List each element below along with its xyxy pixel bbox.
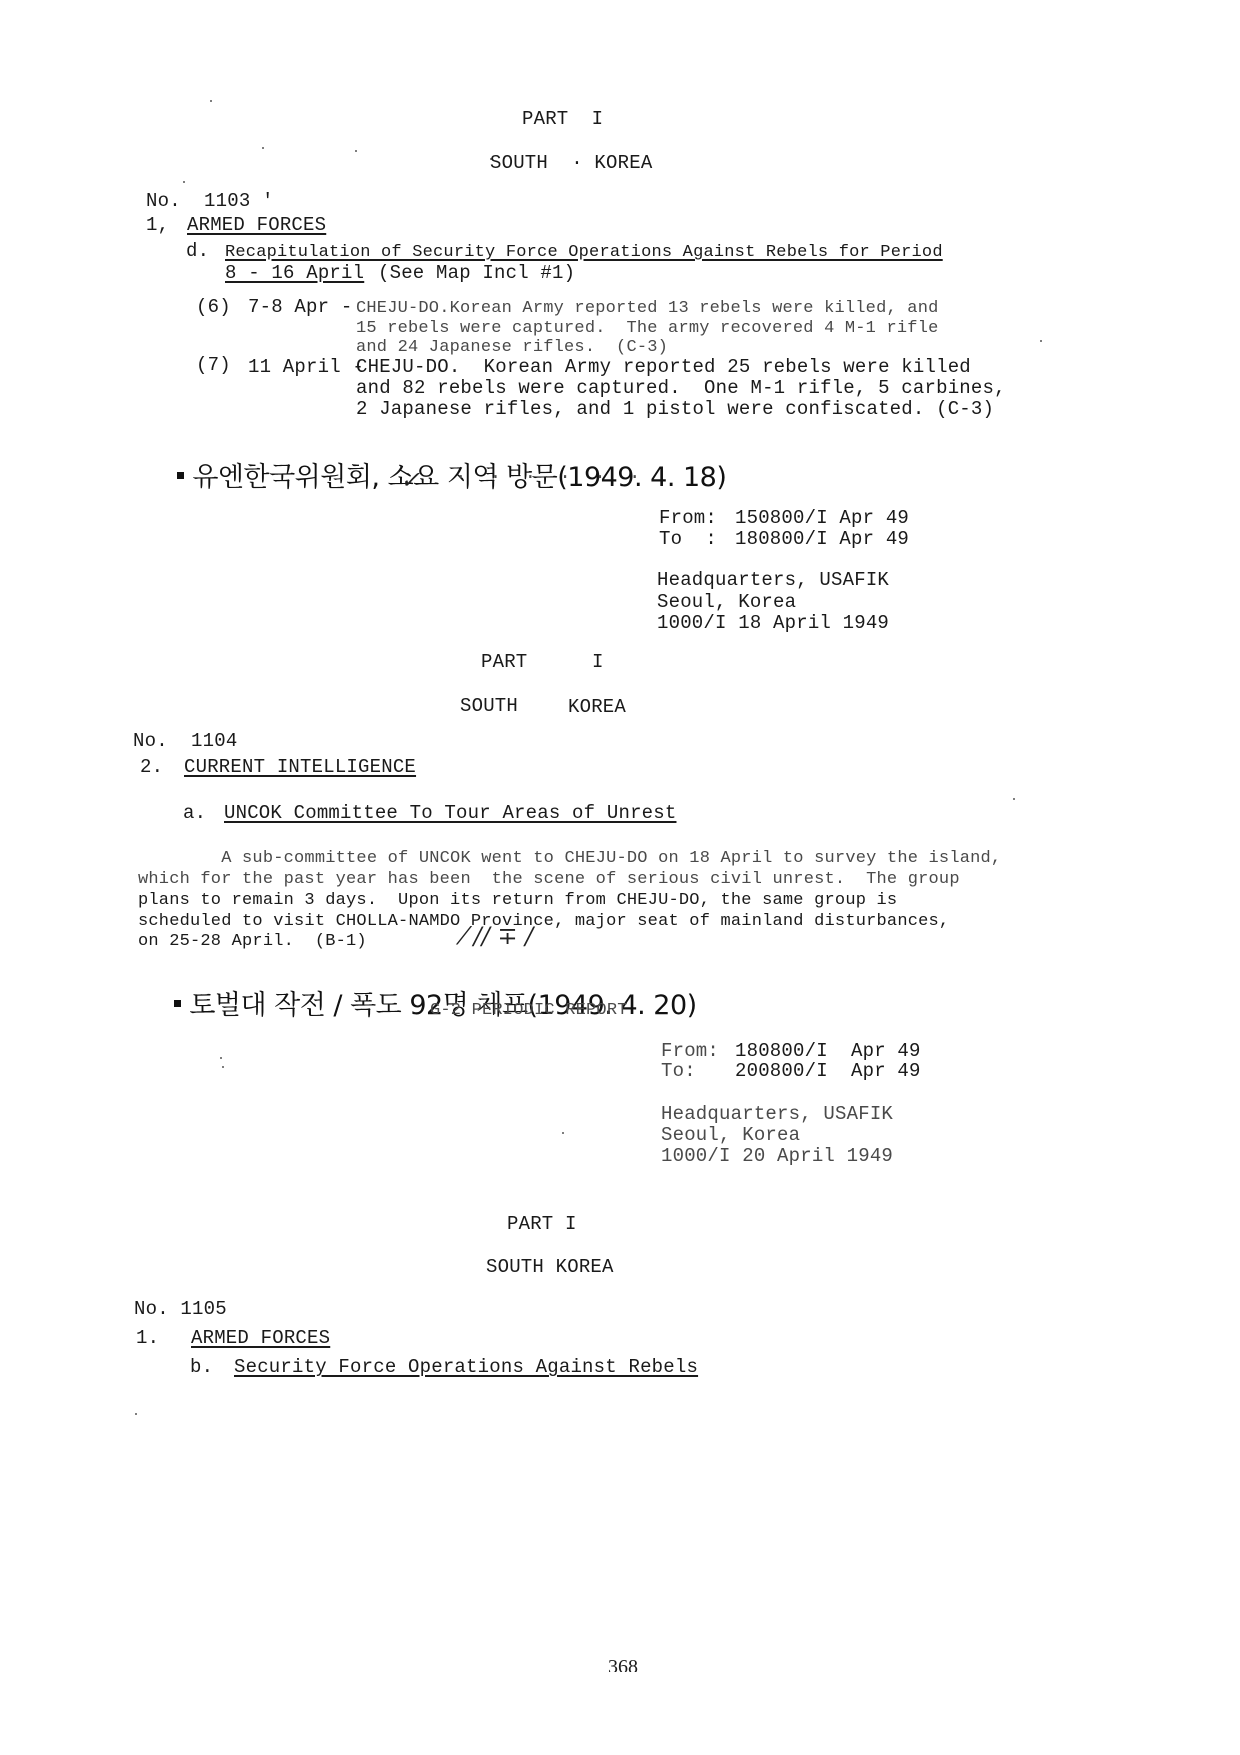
scan-speck bbox=[262, 147, 264, 149]
subsection-title: Recapitulation of Security Force Operati… bbox=[225, 242, 943, 264]
scan-speck bbox=[1013, 798, 1015, 800]
scan-speck bbox=[562, 1132, 564, 1134]
subsection-title: Security Force Operations Against Rebels bbox=[234, 1356, 698, 1378]
item-line: and 82 rebels were captured. One M-1 rif… bbox=[356, 377, 1006, 399]
section-index: 1. bbox=[136, 1327, 159, 1349]
part-heading: PART I bbox=[522, 108, 603, 130]
period-to-label: To: bbox=[661, 1060, 696, 1082]
section-title: CURRENT INTELLIGENCE bbox=[184, 756, 416, 778]
subsection-index: d. bbox=[186, 240, 209, 262]
scan-speck bbox=[1040, 340, 1042, 342]
period-to: 180800/I Apr 49 bbox=[735, 528, 909, 550]
period-to: 200800/I Apr 49 bbox=[735, 1060, 921, 1082]
period-from-label: From: bbox=[659, 507, 717, 529]
bullet-icon bbox=[174, 1000, 181, 1007]
item-label: (6) bbox=[196, 296, 231, 318]
period-from: 150800/I Apr 49 bbox=[735, 507, 909, 529]
report-title: G-2 PERIODIC REPORT bbox=[430, 1000, 628, 1022]
section-index: 2. bbox=[140, 756, 163, 778]
scan-speck bbox=[355, 150, 357, 152]
region-heading-b: KOREA bbox=[568, 696, 626, 718]
paragraph-line: plans to remain 3 days. Upon its return … bbox=[138, 890, 897, 912]
paragraph-line: scheduled to visit CHOLLA-NAMDO Province… bbox=[138, 911, 949, 933]
item-line: 2 Japanese rifles, and 1 pistol were con… bbox=[356, 398, 994, 420]
part-heading: PART I bbox=[507, 1213, 577, 1235]
section-index: 1, bbox=[146, 214, 169, 236]
subsection-index: a. bbox=[183, 802, 206, 824]
origin-line: Seoul, Korea bbox=[661, 1124, 800, 1146]
period-to-label: To : bbox=[659, 528, 717, 550]
subsection-title-cont: 8 - 16 April bbox=[225, 262, 364, 284]
dotted-mark: . . . . . . bbox=[455, 462, 646, 484]
scan-speck bbox=[183, 181, 185, 183]
origin-line: Headquarters, USAFIK bbox=[661, 1103, 893, 1125]
paragraph-line: A sub-committee of UNCOK went to CHEJU-D… bbox=[138, 848, 1001, 870]
region-heading: SOUTH · KOREA bbox=[490, 152, 652, 174]
origin-line: 1000/I 20 April 1949 bbox=[661, 1145, 893, 1167]
origin-line: Headquarters, USAFIK bbox=[657, 569, 889, 591]
item-line: CHEJU-DO.Korean Army reported 13 rebels … bbox=[356, 298, 939, 320]
item-line: CHEJU-DO. Korean Army reported 25 rebels… bbox=[356, 356, 971, 378]
bullet-icon bbox=[177, 472, 184, 479]
period-from-label: From: bbox=[661, 1040, 719, 1062]
section-title: ARMED FORCES bbox=[187, 214, 326, 236]
origin-line: Seoul, Korea bbox=[657, 591, 796, 613]
report-number: No. 1104 bbox=[133, 730, 237, 752]
handwritten-mark-icon: ⁄ ∕∕ ∓ ∕ bbox=[462, 922, 533, 950]
region-heading: SOUTH KOREA bbox=[486, 1256, 614, 1278]
part-heading: PART bbox=[481, 651, 527, 673]
item-date: 11 April - bbox=[248, 356, 364, 378]
page-number: 368 bbox=[608, 1656, 638, 1672]
region-heading: SOUTH bbox=[460, 695, 518, 717]
section-title: ARMED FORCES bbox=[191, 1327, 330, 1349]
part-number: I bbox=[592, 651, 604, 673]
check-mark-icon: ✓ bbox=[400, 466, 420, 494]
report-number: No. 1105 bbox=[134, 1298, 227, 1320]
item-date: 7-8 Apr - bbox=[248, 296, 352, 318]
paragraph-line: which for the past year has been the sce… bbox=[138, 869, 960, 891]
scan-speck bbox=[220, 1057, 222, 1059]
scan-speck bbox=[135, 1413, 137, 1415]
scan-speck bbox=[210, 100, 212, 102]
item-label: (7) bbox=[196, 354, 231, 376]
origin-line: 1000/I 18 April 1949 bbox=[657, 612, 889, 634]
report-number: No. 1103 ' bbox=[146, 190, 274, 212]
period-from: 180800/I Apr 49 bbox=[735, 1040, 921, 1062]
map-reference: (See Map Incl #1) bbox=[378, 262, 575, 284]
subsection-index: b. bbox=[190, 1356, 213, 1378]
paragraph-line: on 25-28 April. (B-1) bbox=[138, 931, 367, 953]
scan-speck bbox=[222, 1066, 224, 1068]
subsection-title: UNCOK Committee To Tour Areas of Unrest bbox=[224, 802, 676, 824]
